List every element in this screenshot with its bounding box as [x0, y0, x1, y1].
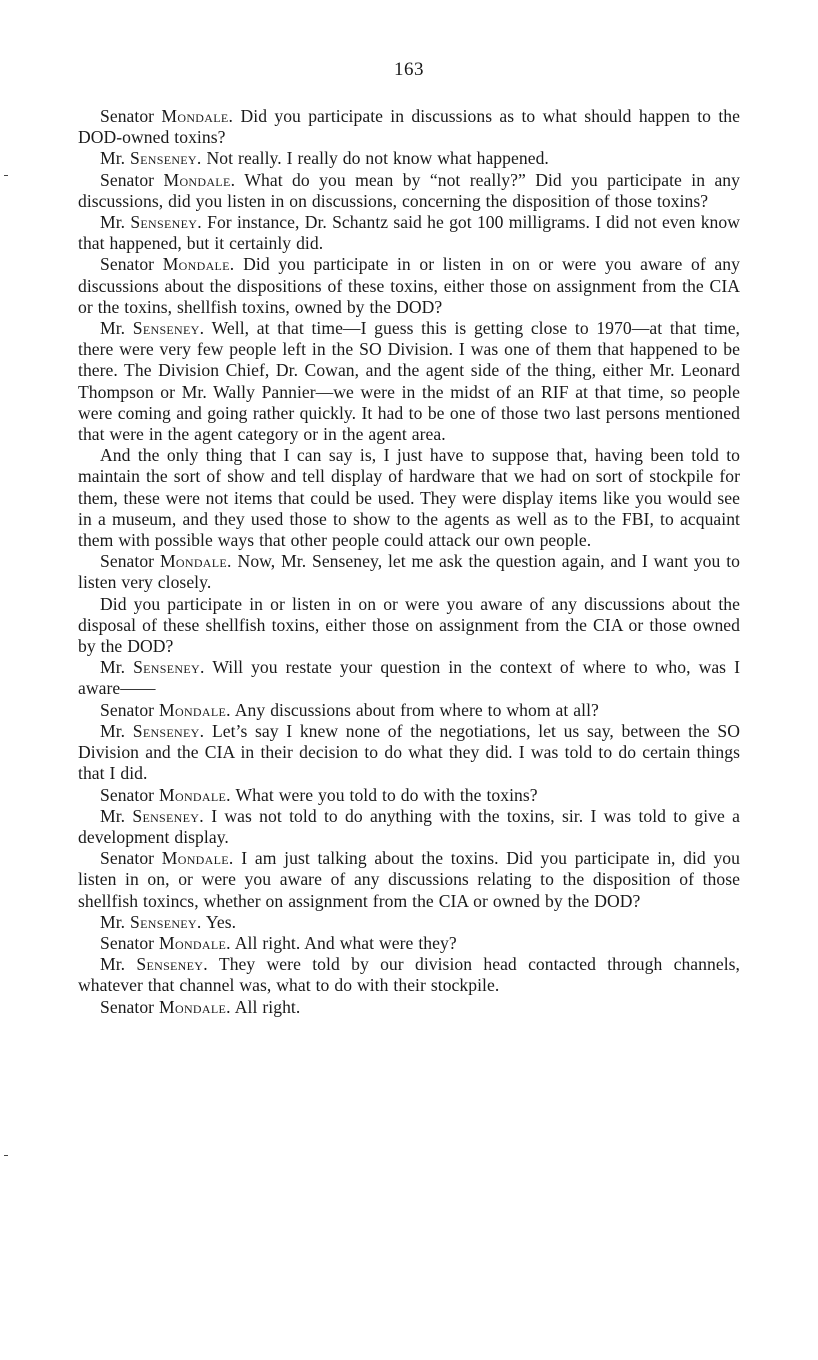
speaker-title: Senator — [100, 848, 154, 868]
speaker-title: Mr. — [100, 212, 125, 232]
paragraph-text: Yes. — [202, 912, 237, 932]
speaker-title: Mr. — [100, 954, 125, 974]
transcript-paragraph: Senator Mondale. Did you participate in … — [78, 254, 740, 318]
margin-mark — [4, 1155, 8, 1156]
paragraph-text: And the only thing that I can say is, I … — [78, 445, 740, 550]
transcript-paragraph: Mr. Senseney. They were told by our divi… — [78, 954, 740, 996]
transcript-paragraph: Senator Mondale. Any discussions about f… — [78, 700, 740, 721]
page-number: 163 — [78, 58, 740, 82]
speaker-name: Mondale. — [159, 997, 231, 1017]
speaker-title: Senator — [100, 933, 154, 953]
paragraph-text: Not really. I really do not know what ha… — [202, 148, 549, 168]
speaker-name: Senseney. — [132, 806, 204, 826]
speaker-name: Senseney. — [133, 657, 205, 677]
speaker-title: Senator — [100, 106, 154, 126]
speaker-title: Mr. — [100, 912, 125, 932]
paragraph-text: Any discussions about from where to whom… — [231, 700, 599, 720]
speaker-name: Mondale. — [159, 933, 231, 953]
transcript-paragraph: Mr. Senseney. Yes. — [78, 912, 740, 933]
transcript-paragraph: Did you participate in or listen in on o… — [78, 594, 740, 658]
speaker-name: Senseney. — [136, 954, 208, 974]
transcript-paragraph: And the only thing that I can say is, I … — [78, 445, 740, 551]
paragraph-text: All right. — [231, 997, 301, 1017]
paragraph-text: What were you told to do with the toxins… — [231, 785, 538, 805]
speaker-title: Senator — [100, 700, 154, 720]
speaker-name: Senseney. — [130, 912, 202, 932]
speaker-name: Mondale. — [159, 785, 231, 805]
speaker-name: Mondale. — [162, 848, 234, 868]
speaker-name: Senseney. — [133, 318, 205, 338]
transcript-paragraph: Senator Mondale. Now, Mr. Senseney, let … — [78, 551, 740, 593]
speaker-title: Senator — [100, 170, 154, 190]
transcript-body: Senator Mondale. Did you participate in … — [78, 106, 740, 1018]
speaker-title: Senator — [100, 551, 154, 571]
speaker-title: Mr. — [100, 806, 125, 826]
margin-mark — [4, 175, 8, 176]
speaker-name: Mondale. — [164, 170, 236, 190]
speaker-title: Senator — [100, 997, 154, 1017]
speaker-title: Senator — [100, 785, 154, 805]
speaker-title: Senator — [100, 254, 154, 274]
transcript-paragraph: Mr. Senseney. Not really. I really do no… — [78, 148, 740, 169]
speaker-title: Mr. — [100, 657, 125, 677]
speaker-name: Senseney. — [130, 148, 202, 168]
paragraph-text: Did you participate in or listen in on o… — [78, 594, 740, 656]
speaker-title: Mr. — [100, 148, 125, 168]
transcript-paragraph: Senator Mondale. I am just talking about… — [78, 848, 740, 912]
document-page: 163 Senator Mondale. Did you participate… — [78, 58, 740, 1018]
transcript-paragraph: Mr. Senseney. I was not told to do anyth… — [78, 806, 740, 848]
transcript-paragraph: Senator Mondale. All right. And what wer… — [78, 933, 740, 954]
speaker-name: Mondale. — [159, 700, 231, 720]
speaker-name: Mondale. — [163, 254, 235, 274]
transcript-paragraph: Mr. Senseney. Let’s say I knew none of t… — [78, 721, 740, 785]
transcript-paragraph: Mr. Senseney. Well, at that time—I guess… — [78, 318, 740, 445]
speaker-title: Mr. — [100, 721, 125, 741]
speaker-name: Mondale. — [160, 551, 232, 571]
speaker-name: Senseney. — [133, 721, 205, 741]
paragraph-text: All right. And what were they? — [231, 933, 457, 953]
transcript-paragraph: Senator Mondale. All right. — [78, 997, 740, 1018]
speaker-name: Senseney. — [130, 212, 202, 232]
transcript-paragraph: Mr. Senseney. Will you restate your ques… — [78, 657, 740, 699]
transcript-paragraph: Senator Mondale. What were you told to d… — [78, 785, 740, 806]
transcript-paragraph: Mr. Senseney. For instance, Dr. Schantz … — [78, 212, 740, 254]
speaker-title: Mr. — [100, 318, 125, 338]
transcript-paragraph: Senator Mondale. Did you participate in … — [78, 106, 740, 148]
transcript-paragraph: Senator Mondale. What do you mean by “no… — [78, 170, 740, 212]
speaker-name: Mondale. — [161, 106, 233, 126]
